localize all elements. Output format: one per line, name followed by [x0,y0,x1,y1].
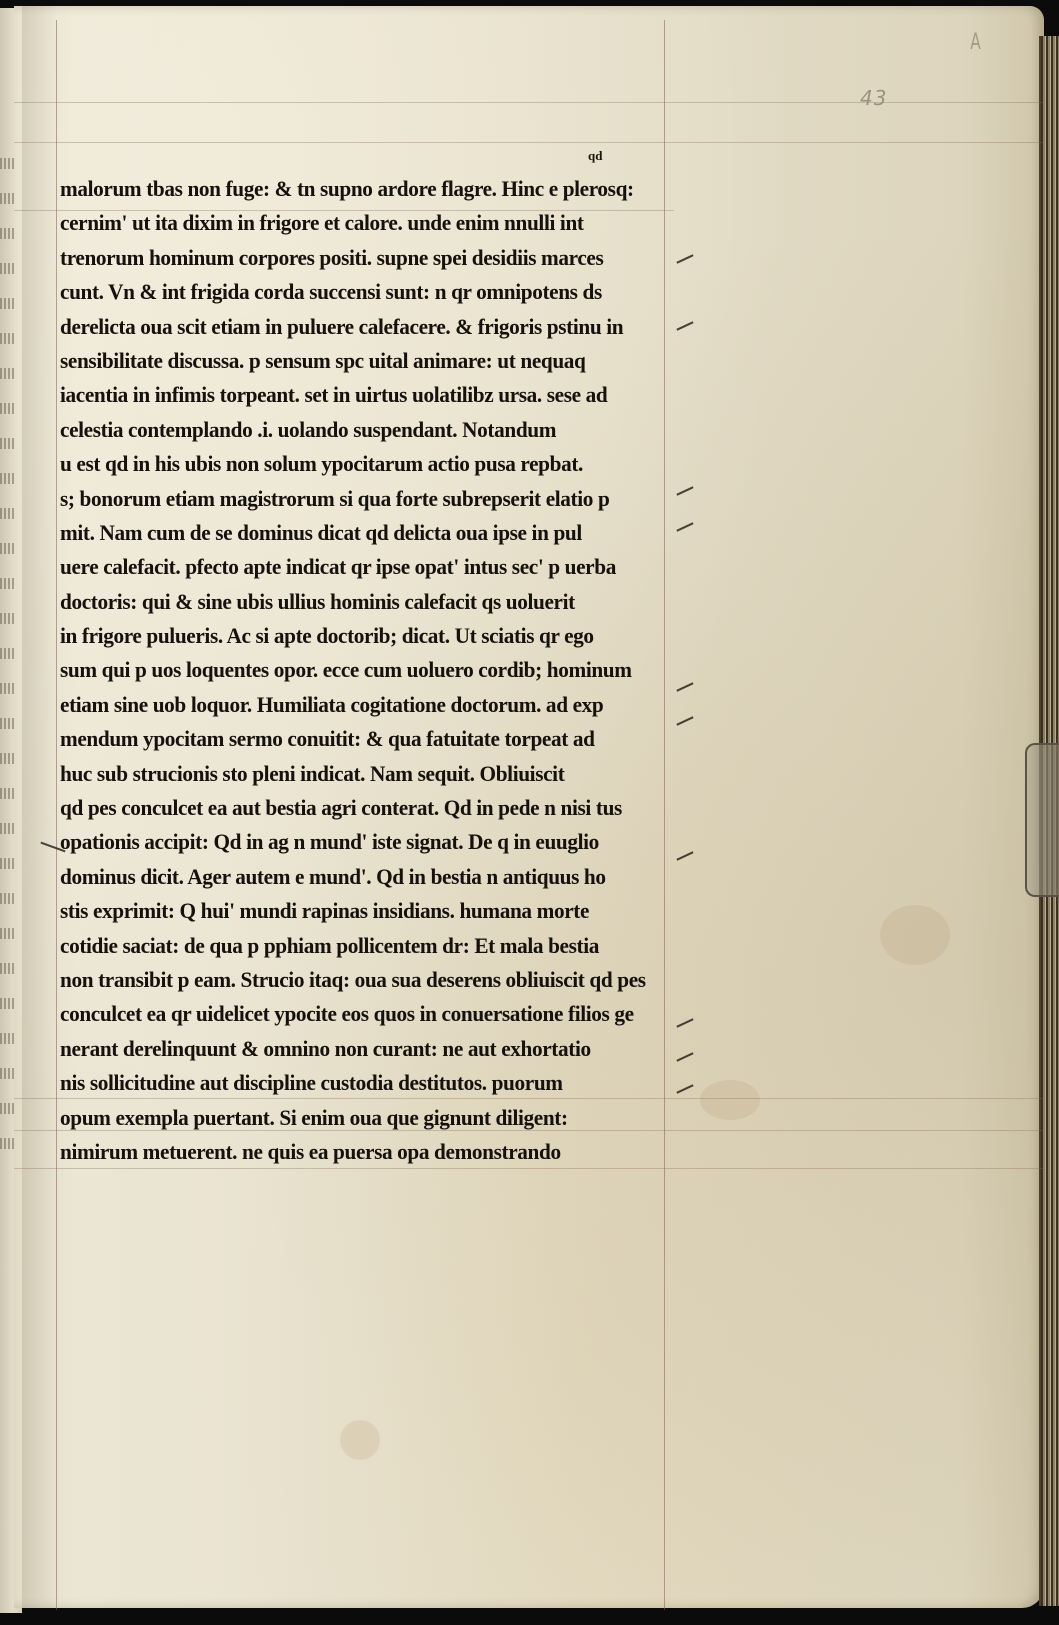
text-line-29: nimirum metuerent. ne quis ea puersa opa… [60,1135,660,1169]
text-line-18: huc sub strucionis sto pleni indicat. Na… [60,757,660,791]
text-line-22: stis exprimit: Q hui' mundi rapinas insi… [60,894,660,928]
gutter-shadow [22,6,58,1608]
stain [700,1080,760,1120]
text-line-19: qd pes conculcet ea aut bestia agri cont… [60,791,660,825]
text-line-2: cernim' ut ita dixim in frigore et calor… [60,206,660,240]
ruling-line-left [56,20,57,1610]
ruling-line-top [14,102,1044,103]
text-line-17: mendum ypocitam sermo conuitit: & qua fa… [60,722,660,756]
text-line-13: doctoris: qui & sine ubis ullius hominis… [60,585,660,619]
text-line-25: conculcet ea qr uidelicet ypocite eos qu… [60,997,660,1031]
text-line-8: celestia contemplando .i. uolando suspen… [60,413,660,447]
text-line-16: etiam sine uob loquor. Humiliata cogitat… [60,688,660,722]
text-line-14: in frigore pulueris. Ac si apte doctorib… [60,619,660,653]
text-line-9: u est qd in his ubis non solum ypocitaru… [60,447,660,481]
folio-number: 43 [860,86,887,110]
ruling-line-top [14,142,1044,143]
text-line-4: cunt. Vn & int frigida corda succensi su… [60,275,660,309]
text-line-26: nerant derelinquunt & omnino non curant:… [60,1032,660,1066]
interlinear-annotation: qd [588,148,602,164]
text-line-24: non transibit p eam. Strucio itaq: oua s… [60,963,660,997]
text-line-23: cotidie saciat: de qua p pphiam pollicen… [60,929,660,963]
text-line-5: derelicta oua scit etiam in puluere cale… [60,310,660,344]
text-line-7: iacentia in infimis torpeant. set in uir… [60,378,660,412]
clasp-strap [1025,743,1059,897]
text-line-15: sum qui p uos loquentes opor. ecce cum u… [60,653,660,687]
stain [880,905,950,965]
stain [340,1420,380,1460]
text-line-11: mit. Nam cum de se dominus dicat qd deli… [60,516,660,550]
text-line-27: nis sollicitudine aut discipline custodi… [60,1066,660,1100]
text-line-28: opum exempla puertant. Si enim oua que g… [60,1101,660,1135]
text-line-12: uere calefacit. pfecto apte indicat qr i… [60,550,660,584]
text-line-10: s; bonorum etiam magistrorum si qua fort… [60,482,660,516]
text-line-20: opationis accipit: Qd in ag n mund' iste… [60,825,660,859]
text-line-21: dominus dicit. Ager autem e mund'. Qd in… [60,860,660,894]
text-line-1: malorum tbas non fuge: & tn supno ardore… [60,172,660,206]
manuscript-text-block: malorum tbas non fuge: & tn supno ardore… [60,172,680,1169]
shelf-mark: A [970,30,981,55]
text-line-3: trenorum hominum corpores positi. supne … [60,241,660,275]
text-line-6: sensibilitate discussa. p sensum spc uit… [60,344,660,378]
